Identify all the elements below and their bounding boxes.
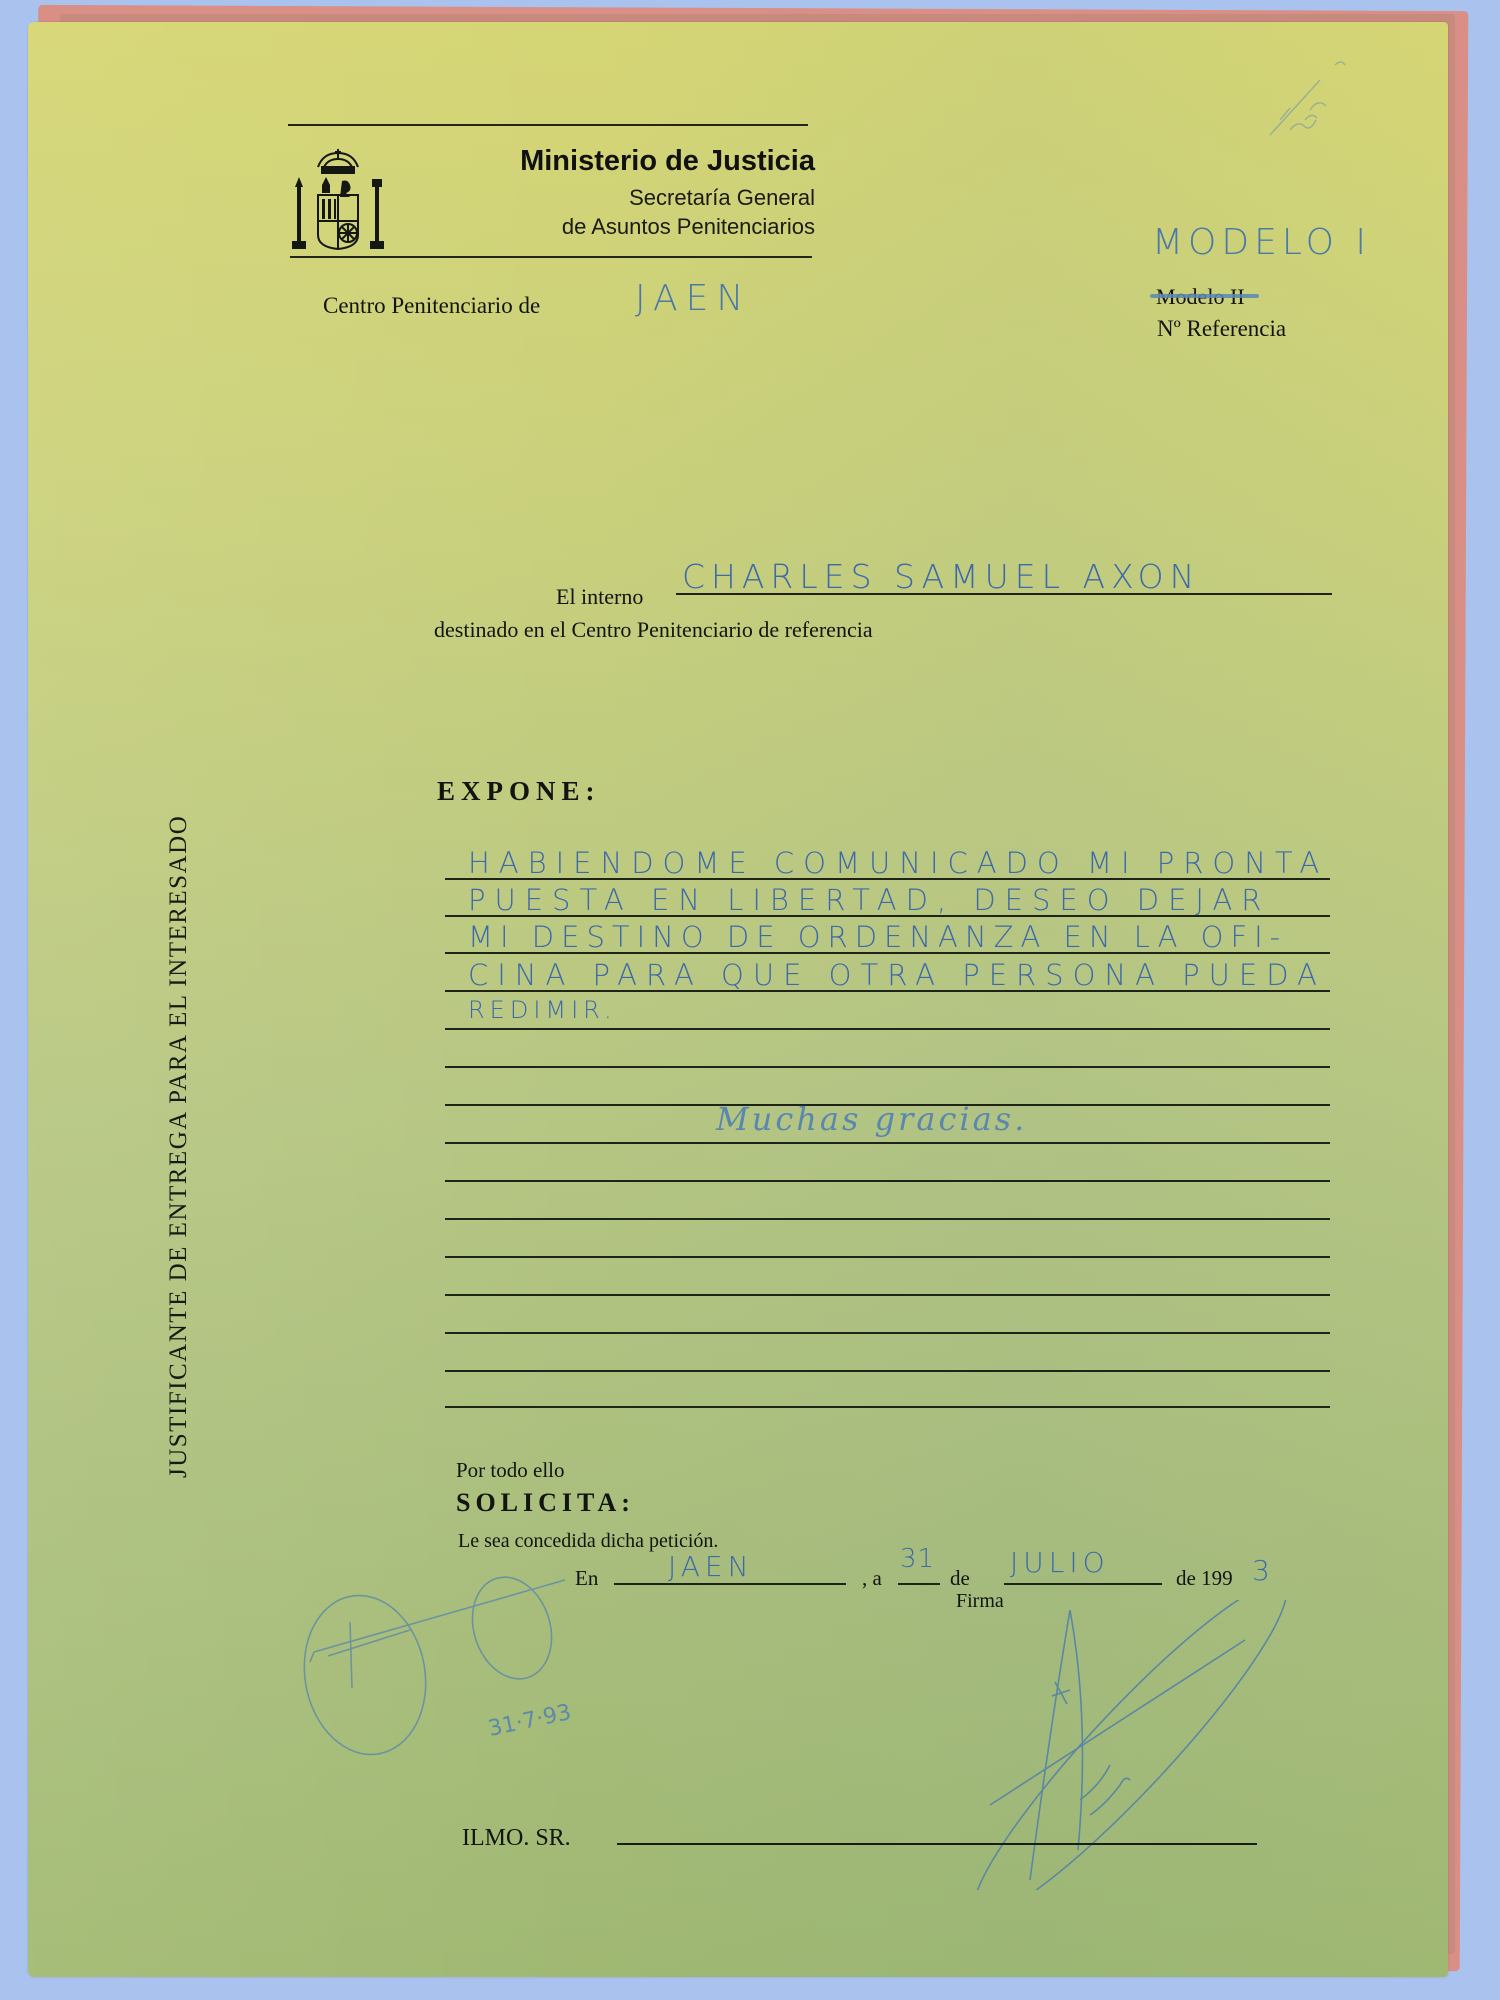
closing-thanks: Muchas gracias.	[716, 1100, 1027, 1138]
day-field[interactable]: 31	[900, 1544, 935, 1574]
rule-line	[445, 1332, 1330, 1334]
referencia-label: Nº Referencia	[1157, 316, 1286, 342]
rule-line	[445, 1406, 1330, 1408]
rule-line	[445, 1218, 1330, 1220]
modelo-struck: Modelo II	[1156, 284, 1245, 310]
interno-continuation: destinado en el Centro Penitenciario de …	[434, 617, 873, 643]
expone-heading: EXPONE:	[437, 776, 601, 807]
rule-line	[445, 1294, 1330, 1296]
stamp-date: 31·7·93	[486, 1700, 573, 1742]
ministry-subtitle-2: de Asuntos Penitenciarios	[470, 214, 815, 240]
expone-line-5[interactable]: REDIMIR.	[468, 996, 617, 1024]
month-field[interactable]: JULIO	[1010, 1546, 1110, 1579]
signature-scribble	[930, 1600, 1330, 1890]
rule-line	[445, 1066, 1330, 1068]
addressee-underline	[617, 1843, 1257, 1845]
rule-line	[445, 1370, 1330, 1372]
expone-line-3[interactable]: MI DESTINO DE ORDENANZA EN LA OFI-	[468, 920, 1287, 954]
ministry-subtitle-1: Secretaría General	[470, 185, 815, 211]
side-caption: JUSTIFICANTE DE ENTREGA PARA EL INTERESA…	[165, 815, 193, 1478]
ministry-title: Ministerio de Justicia	[470, 145, 815, 178]
place-field[interactable]: JAEN	[668, 1550, 754, 1583]
day-underline	[898, 1583, 940, 1585]
centro-label: Centro Penitenciario de	[323, 293, 540, 319]
a-label: , a	[862, 1566, 882, 1591]
spanish-coat-of-arms-icon	[288, 145, 388, 253]
rule-line	[445, 1142, 1330, 1144]
interno-name-field[interactable]: CHARLES SAMUEL AXON	[682, 557, 1200, 596]
addressee-label: ILMO. SR.	[462, 1825, 571, 1852]
por-todo-ello: Por todo ello	[456, 1458, 565, 1483]
interno-label: El interno	[556, 584, 643, 610]
strikethrough-mark	[1150, 294, 1259, 298]
header-rule-bottom	[290, 256, 812, 258]
expone-line-4[interactable]: CINA PARA QUE OTRA PERSONA PUEDA	[468, 958, 1326, 992]
expone-line-2[interactable]: PUESTA EN LIBERTAD, DESEO DEJAR	[468, 883, 1270, 917]
solicita-heading: SOLICITA:	[456, 1488, 635, 1518]
header-rule-top	[288, 124, 808, 126]
modelo-handwritten: MODELO I	[1152, 222, 1371, 263]
de-label: de	[950, 1566, 970, 1591]
pencil-scrawl-icon	[1250, 40, 1370, 150]
year-label: de 199	[1176, 1566, 1233, 1591]
rule-line	[445, 1028, 1330, 1030]
ink-mark-circles: 31·7·93	[300, 1570, 660, 1780]
rule-line	[445, 1256, 1330, 1258]
centro-value: JAEN	[635, 278, 751, 319]
year-digit-field[interactable]: 3	[1252, 1554, 1276, 1587]
month-underline	[1004, 1583, 1162, 1585]
expone-line-1[interactable]: HABIENDOME COMUNICADO MI PRONTA	[468, 846, 1328, 880]
rule-line	[445, 1180, 1330, 1182]
